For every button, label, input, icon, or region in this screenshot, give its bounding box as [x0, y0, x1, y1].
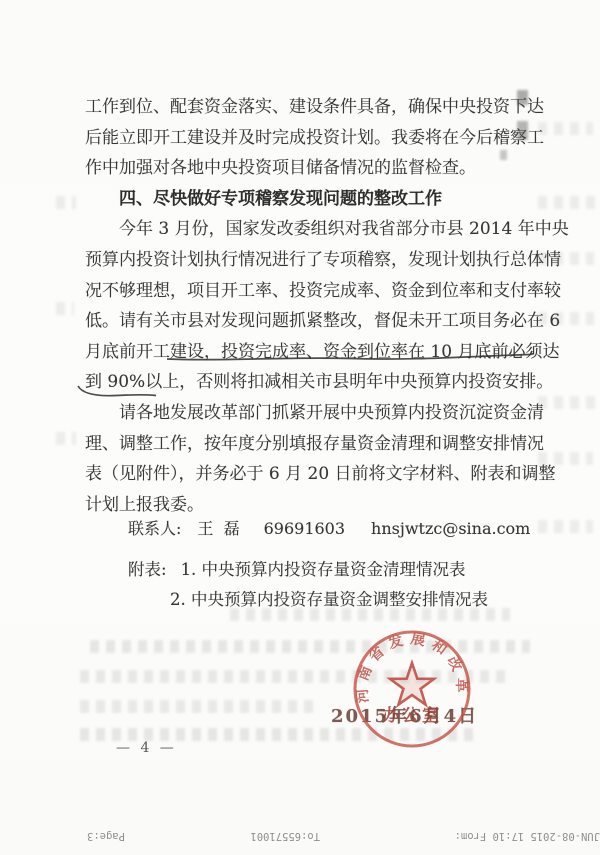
scanned-document-page: 工作到位、配套资金落实、建设条件具备，确保中央投资下达 后能立即开工建设并及时完… — [0, 0, 600, 855]
paragraph-line: 后能立即开工建设并及时完成投资计划。我委将在今后稽察工 — [85, 123, 533, 154]
bleed-through-noise — [56, 432, 76, 445]
paragraph-line: 低。请有关市县对发现问题抓紧整改，督促未开工项目务必在 6 — [85, 306, 533, 337]
attachment-item: 1. 中央预算内投资存量资金清理情况表 — [181, 555, 466, 585]
bleed-through-noise — [80, 700, 320, 713]
bleed-through-noise — [230, 608, 510, 621]
scan-smudge — [500, 150, 507, 160]
paragraph-line: 理、调整工作，按年度分别填报存量资金清理和调整安排情况 — [85, 429, 533, 460]
bleed-through-noise — [538, 312, 594, 325]
paragraph-line: 今年 3 月份，国家发改委组织对我省部分市县 2014 年中央 — [85, 214, 533, 245]
paragraph-line-underlined: 月底前开工建设，投资完成率、资金到位率在 10 月底前必须达 — [85, 337, 533, 368]
scan-smudge — [517, 121, 528, 140]
contact-line: 联系人:王 磊69691603hnsjwtzc@sina.com — [85, 514, 533, 545]
contact-label: 联系人: — [128, 519, 181, 538]
official-seal: 河南省发展和改革委员会 办公室 — [345, 622, 480, 757]
attachment-label: 附表: — [128, 555, 167, 585]
bleed-through-noise — [56, 196, 76, 209]
paragraph-line: 到 90%以上，否则将扣减相关市县明年中央预算内投资安排。 — [85, 367, 533, 398]
section-heading: 四、尽快做好专项稽察发现问题的整改工作 — [85, 184, 533, 215]
bleed-through-noise — [538, 520, 593, 533]
fax-timestamp: JUN-08-2015 17:10 From: — [455, 830, 600, 842]
paragraph-line: 请各地发展改革部门抓紧开展中央预算内投资沉淀资金清 — [85, 398, 533, 429]
paragraph-line: 况不够理想，项目开工率、投资完成率、资金到位率和支付率较 — [85, 276, 533, 307]
seal-office-text: 办公室 — [382, 705, 442, 726]
scan-smudge — [517, 90, 528, 105]
seal-star-icon — [390, 663, 434, 705]
bleed-through-noise — [538, 396, 596, 409]
bleed-through-noise — [538, 196, 596, 209]
paragraph-line: 工作到位、配套资金落实、建设条件具备，确保中央投资下达 — [85, 92, 533, 123]
contact-phone: 69691603 — [264, 519, 345, 538]
bleed-through-noise — [538, 122, 593, 135]
page-number: — 4 — — [116, 740, 177, 756]
bleed-through-noise — [538, 252, 594, 265]
fax-page-count: Page:3 — [87, 830, 125, 842]
bleed-through-noise — [56, 302, 74, 315]
fax-to-number: To:65571001 — [250, 830, 320, 842]
paragraph-line: 表（见附件），并务必于 6 月 20 日前将文字材料、附表和调整 — [85, 459, 533, 490]
attachment-list: 附表: 1. 中央预算内投资存量资金清理情况表 2. 中央预算内投资存量资金调整… — [85, 555, 533, 615]
fax-header: JUN-08-2015 17:10 From: To:65571001 Page… — [0, 826, 600, 844]
paragraph-line: 作中加强对各地中央投资项目储备情况的监督检查。 — [85, 153, 533, 184]
document-body: 工作到位、配套资金落实、建设条件具备，确保中央投资下达 后能立即开工建设并及时完… — [85, 92, 533, 615]
paragraph-line: 预算内投资计划执行情况进行了专项稽察，发现计划执行总体情 — [85, 245, 533, 276]
bleed-through-noise — [538, 452, 593, 465]
contact-name: 王 磊 — [197, 519, 239, 538]
contact-email: hnsjwtzc@sina.com — [371, 519, 530, 538]
